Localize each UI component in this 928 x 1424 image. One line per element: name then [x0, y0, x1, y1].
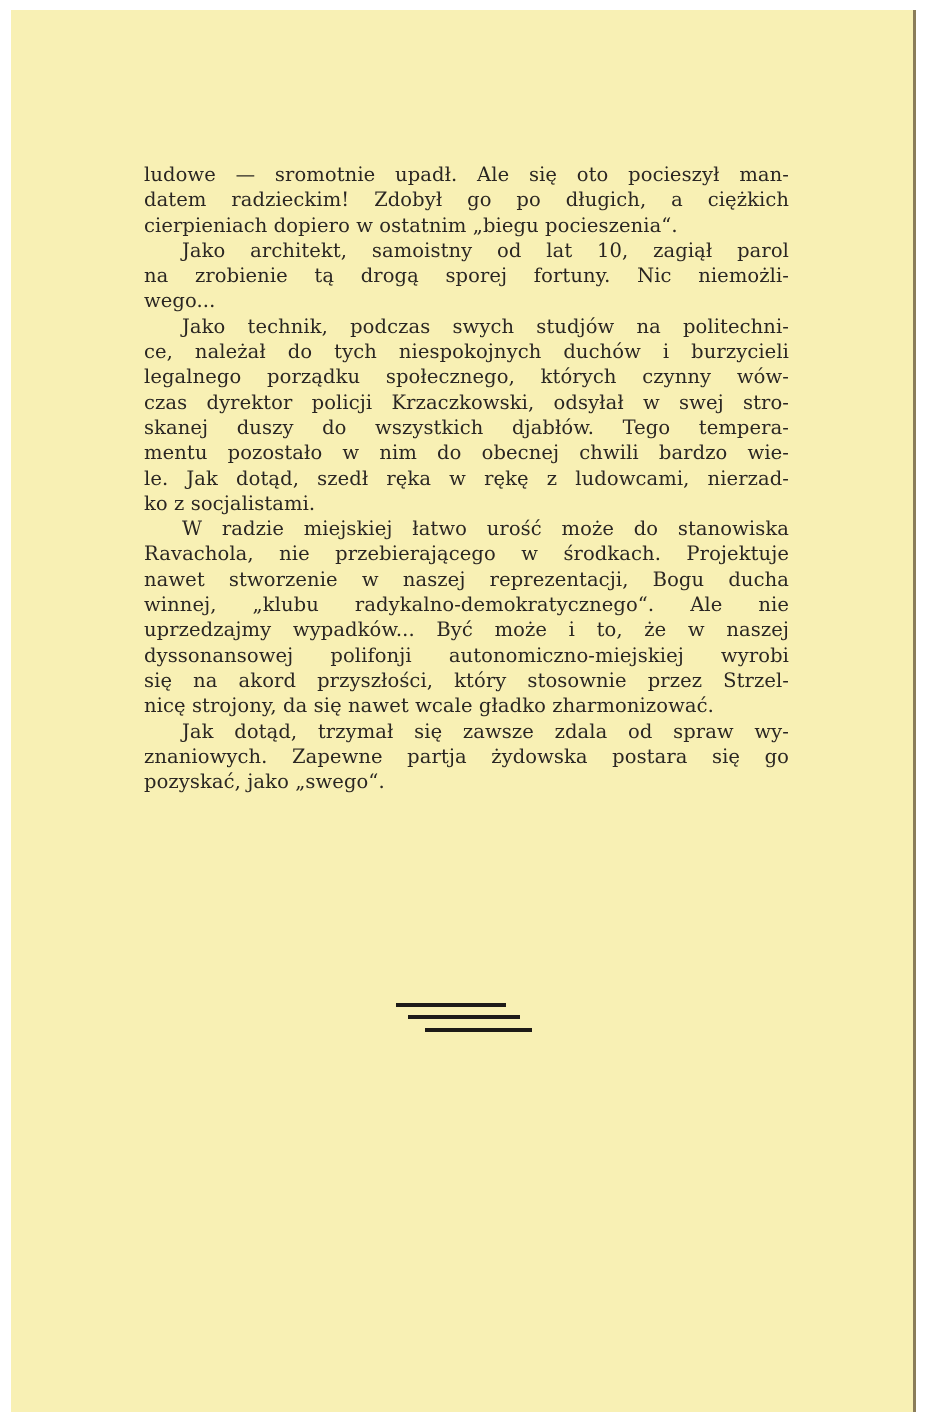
paragraph: Jako architekt, samoistny od lat 10, zag…	[144, 238, 789, 314]
text-line: uprzedzajmy wypadków... Być może i to, ż…	[144, 617, 789, 642]
text-line: ce, należał do tych niespokojnych duchów…	[144, 339, 789, 364]
text-line: wego...	[144, 288, 789, 313]
tailpiece-ornament	[396, 1000, 536, 1040]
ornament-rule-2	[408, 1015, 520, 1019]
body-text: ludowe — sromotnie upadł. Ale się oto po…	[144, 162, 789, 794]
text-line: skanej duszy do wszystkich djabłów. Tego…	[144, 415, 789, 440]
text-line: dyssonansowej polifonji autonomiczno-mie…	[144, 643, 789, 668]
text-line: czas dyrektor policji Krzaczkowski, odsy…	[144, 390, 789, 415]
text-line: ko z socjalistami.	[144, 491, 789, 516]
ornament-rule-3	[425, 1028, 532, 1032]
paragraph: W radzie miejskiej łatwo urość może do s…	[144, 516, 789, 718]
text-line: cierpieniach dopiero w ostatnim „biegu p…	[144, 213, 789, 238]
text-line: pozyskać, jako „swego“.	[144, 769, 789, 794]
text-line: Ravachola, nie przebierającego w środkac…	[144, 541, 789, 566]
text-line: ludowe — sromotnie upadł. Ale się oto po…	[144, 162, 789, 187]
text-line: Jak dotąd, trzymał się zawsze zdala od s…	[144, 719, 789, 744]
text-line: legalnego porządku społecznego, których …	[144, 364, 789, 389]
paragraph: Jako technik, podczas swych studjów na p…	[144, 314, 789, 516]
text-line: na zrobienie tą drogą sporej fortuny. Ni…	[144, 263, 789, 288]
paragraph: ludowe — sromotnie upadł. Ale się oto po…	[144, 162, 789, 238]
text-line: znaniowych. Zapewne partja żydowska post…	[144, 744, 789, 769]
paragraph: Jak dotąd, trzymał się zawsze zdala od s…	[144, 719, 789, 795]
text-line: nicę strojony, da się nawet wcale gładko…	[144, 693, 789, 718]
text-line: się na akord przyszłości, który stosowni…	[144, 668, 789, 693]
text-line: mentu pozostało w nim do obecnej chwili …	[144, 440, 789, 465]
text-line: Jako technik, podczas swych studjów na p…	[144, 314, 789, 339]
text-line: le. Jak dotąd, szedł ręka w rękę z ludow…	[144, 466, 789, 491]
text-line: winnej, „klubu radykalno-demokratycznego…	[144, 592, 789, 617]
text-line: nawet stworzenie w naszej reprezentacji,…	[144, 567, 789, 592]
scanned-page: ludowe — sromotnie upadł. Ale się oto po…	[11, 10, 916, 1412]
text-line: datem radzieckim! Zdobył go po długich, …	[144, 187, 789, 212]
text-line: Jako architekt, samoistny od lat 10, zag…	[144, 238, 789, 263]
ornament-rule-1	[396, 1003, 506, 1007]
text-line: W radzie miejskiej łatwo urość może do s…	[144, 516, 789, 541]
